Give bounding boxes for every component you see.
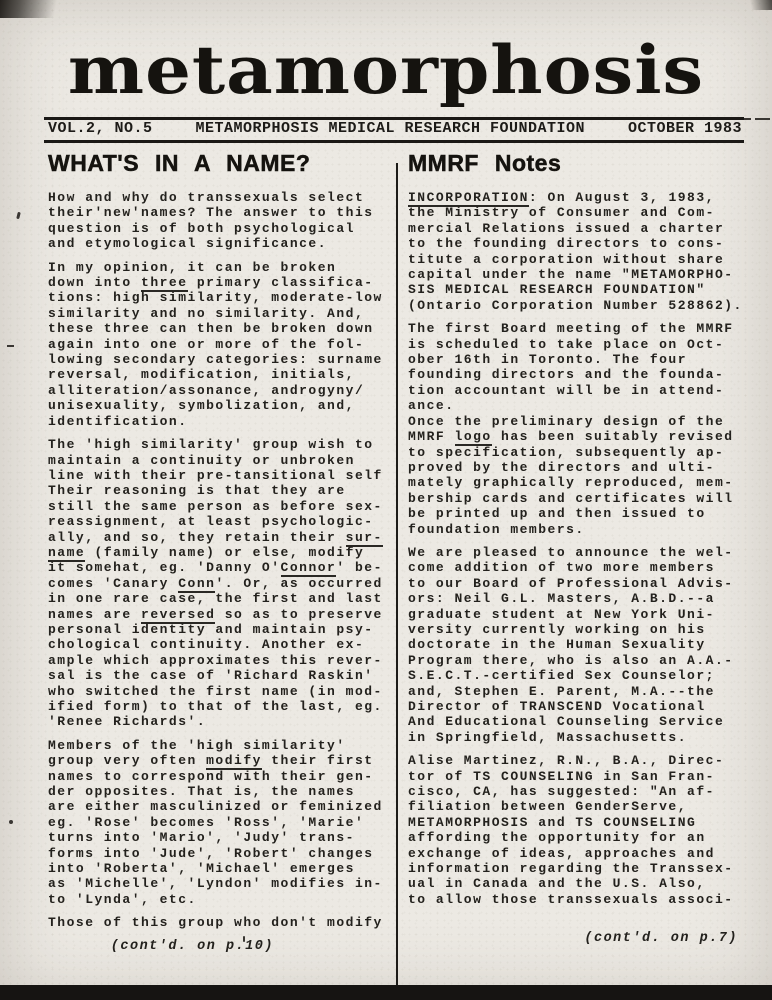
- issue-header: VOL.2, NO.5 METAMORPHOSIS MEDICAL RESEAR…: [48, 120, 742, 137]
- text-line: filiation between GenderServe,: [408, 799, 748, 814]
- text-line: to specification, subsequently ap-: [408, 445, 748, 460]
- text-line: How and why do transsexuals select: [48, 190, 392, 205]
- text-line: forms into 'Jude', 'Robert' changes: [48, 846, 392, 861]
- scan-smudge-top-right: [744, 0, 772, 10]
- text-line: come addition of two more members: [408, 560, 748, 575]
- text-line: reversal, modification, initials,: [48, 367, 392, 382]
- text-line: be printed up and then issued to: [408, 506, 748, 521]
- text-line: personal identity and maintain psy-: [48, 622, 392, 637]
- text-line: down into three primary classifica-: [48, 275, 392, 290]
- text-line: names to correspond with their gen-: [48, 769, 392, 784]
- text-line: SIS MEDICAL RESEARCH FOUNDATION": [408, 282, 748, 297]
- text-line: name (family name) or else, modify: [48, 545, 392, 560]
- text-line: these three can then be broken down: [48, 321, 392, 336]
- text-line: and, Stephen E. Parent, M.A.--the: [408, 684, 748, 699]
- text-line: Director of TRANSCEND Vocational: [408, 699, 748, 714]
- paragraph: In my opinion, it can be brokendown into…: [48, 260, 392, 429]
- paragraph: Those of this group who don't modify: [48, 915, 392, 930]
- text-line: ober 16th in Toronto. The four: [408, 352, 748, 367]
- text-line: S.E.C.T.-certified Sex Counselor;: [408, 668, 748, 683]
- text-line: founding directors and the founda-: [408, 367, 748, 382]
- issue-organization: METAMORPHOSIS MEDICAL RESEARCH FOUNDATIO…: [195, 120, 585, 137]
- text-line: group very often modify their first: [48, 753, 392, 768]
- text-line: ors: Neil G.L. Masters, A.B.D.--a: [408, 591, 748, 606]
- text-line: and etymological significance.: [48, 236, 392, 251]
- text-line: their'new'names? The answer to this: [48, 205, 392, 220]
- text-line: tion accountant will be in attend-: [408, 383, 748, 398]
- article-body-left: How and why do transsexuals selecttheir'…: [48, 190, 392, 931]
- text-line: We are pleased to announce the wel-: [408, 545, 748, 560]
- article-heading-left: WHAT'S IN A NAME?: [48, 150, 392, 177]
- text-line: mately graphically reproduced, mem-: [408, 475, 748, 490]
- text-line: Alise Martinez, R.N., B.A., Direc-: [408, 753, 748, 768]
- text-line: line with their pre-tansitional self: [48, 468, 392, 483]
- text-line: the Ministry of Consumer and Com-: [408, 205, 748, 220]
- paragraph: The first Board meeting of the MMRFis sc…: [408, 321, 748, 537]
- scan-smudge-top-left: [0, 0, 92, 18]
- text-line: to the founding directors to cons-: [408, 236, 748, 251]
- paragraph: The 'high similarity' group wish tomaint…: [48, 437, 392, 730]
- text-line: tions: high similarity, moderate-low: [48, 290, 392, 305]
- text-line: as 'Michelle', 'Lyndon' modifies in-: [48, 876, 392, 891]
- text-line: Those of this group who don't modify: [48, 915, 392, 930]
- column-divider: [396, 163, 398, 985]
- text-line: in one rare case, the first and last: [48, 591, 392, 606]
- article-body-right: INCORPORATION: On August 3, 1983,the Min…: [408, 190, 748, 907]
- text-line: In my opinion, it can be broken: [48, 260, 392, 275]
- text-line: METAMORPHOSIS and TS COUNSELING: [408, 815, 748, 830]
- text-line: versity currently working on his: [408, 622, 748, 637]
- text-line: reassignment, at least psychologic-: [48, 514, 392, 529]
- issue-date: OCTOBER 1983: [628, 120, 742, 137]
- text-line: lowing secondary categories: surname: [48, 352, 392, 367]
- continuation-note-left: (cont'd. on p.10): [48, 939, 392, 954]
- newsletter-page: metamorphosis VOL.2, NO.5 METAMORPHOSIS …: [0, 0, 772, 1000]
- article-whats-in-a-name: WHAT'S IN A NAME? How and why do transse…: [48, 150, 392, 954]
- text-line: turns into 'Mario', 'Judy' trans-: [48, 830, 392, 845]
- text-line: information regarding the Transsex-: [408, 861, 748, 876]
- text-line: again into one or more of the fol-: [48, 337, 392, 352]
- text-line: ance.: [408, 398, 748, 413]
- text-line: ual in Canada and the U.S. Also,: [408, 876, 748, 891]
- text-line: And Educational Counseling Service: [408, 714, 748, 729]
- text-line: der opposites. That is, the names: [48, 784, 392, 799]
- text-line: who switched the first name (in mod-: [48, 684, 392, 699]
- text-line: foundation members.: [408, 522, 748, 537]
- text-line: identification.: [48, 414, 392, 429]
- text-line: comes 'Canary Conn'. Or, as occurred: [48, 576, 392, 591]
- text-line: mercial Relations issued a charter: [408, 221, 748, 236]
- scan-speck: [16, 212, 21, 220]
- text-line: into 'Roberta', 'Michael' emerges: [48, 861, 392, 876]
- text-line: are either masculinized or feminized: [48, 799, 392, 814]
- text-line: sal is the case of 'Richard Raskin': [48, 668, 392, 683]
- masthead-title: metamorphosis: [0, 37, 772, 103]
- text-line: Their reasoning is that they are: [48, 483, 392, 498]
- text-line: Members of the 'high similarity': [48, 738, 392, 753]
- text-line: proved by the directors and ulti-: [408, 460, 748, 475]
- text-line: 'Renee Richards'.: [48, 714, 392, 729]
- text-line: names are reversed so as to preserve: [48, 607, 392, 622]
- text-line: in Springfield, Massachusetts.: [408, 730, 748, 745]
- text-line: ample which approximates this rever-: [48, 653, 392, 668]
- text-line: INCORPORATION: On August 3, 1983,: [408, 190, 748, 205]
- text-line: eg. 'Rose' becomes 'Ross', 'Marie': [48, 815, 392, 830]
- scan-dash-artifact: [744, 118, 770, 120]
- text-line: unisexuality, symbolization, and,: [48, 398, 392, 413]
- header-rule-bottom: [44, 140, 744, 143]
- text-line: The first Board meeting of the MMRF: [408, 321, 748, 336]
- text-line: Once the preliminary design of the: [408, 414, 748, 429]
- text-line: bership cards and certificates will: [408, 491, 748, 506]
- text-line: graduate student at New York Uni-: [408, 607, 748, 622]
- paragraph: INCORPORATION: On August 3, 1983,the Min…: [408, 190, 748, 313]
- text-line: similarity and no similarity. And,: [48, 306, 392, 321]
- scan-edge-bar: [0, 985, 772, 1000]
- scan-speck: [9, 820, 13, 824]
- paragraph: We are pleased to announce the wel-come …: [408, 545, 748, 745]
- scan-speck: [7, 345, 14, 347]
- text-line: it somehat, eg. 'Danny O'Connor' be-: [48, 560, 392, 575]
- text-line: (Ontario Corporation Number 528862).: [408, 298, 748, 313]
- text-line: ified form) to that of the last, eg.: [48, 699, 392, 714]
- paragraph: Members of the 'high similarity'group ve…: [48, 738, 392, 907]
- text-line: still the same person as before sex-: [48, 499, 392, 514]
- text-line: MMRF logo has been suitably revised: [408, 429, 748, 444]
- text-line: maintain a continuity or unbroken: [48, 453, 392, 468]
- paragraph: Alise Martinez, R.N., B.A., Direc-tor of…: [408, 753, 748, 907]
- text-line: chological continuity. Another ex-: [48, 637, 392, 652]
- text-line: ally, and so, they retain their sur-: [48, 530, 392, 545]
- text-line: doctorate in the Human Sexuality: [408, 637, 748, 652]
- text-line: to allow those transsexuals associ-: [408, 892, 748, 907]
- article-mmrf-notes: MMRF Notes INCORPORATION: On August 3, 1…: [408, 150, 748, 946]
- text-line: capital under the name "METAMORPHO-: [408, 267, 748, 282]
- text-line: is scheduled to take place on Oct-: [408, 337, 748, 352]
- text-line: to our Board of Professional Advis-: [408, 576, 748, 591]
- issue-volume: VOL.2, NO.5: [48, 120, 153, 137]
- text-line: to 'Lynda', etc.: [48, 892, 392, 907]
- text-line: cisco, CA, has suggested: "An af-: [408, 784, 748, 799]
- text-line: tor of TS COUNSELING in San Fran-: [408, 769, 748, 784]
- text-line: alliteration/assonance, androgyny/: [48, 383, 392, 398]
- text-line: titute a corporation without share: [408, 252, 748, 267]
- text-line: question is of both psychological: [48, 221, 392, 236]
- text-line: The 'high similarity' group wish to: [48, 437, 392, 452]
- paragraph: How and why do transsexuals selecttheir'…: [48, 190, 392, 252]
- continuation-note-right: (cont'd. on p.7): [408, 931, 748, 946]
- scan-speck: [243, 936, 245, 942]
- text-line: affording the opportunity for an: [408, 830, 748, 845]
- text-line: exchange of ideas, approaches and: [408, 846, 748, 861]
- article-heading-right: MMRF Notes: [408, 150, 748, 177]
- text-line: Program there, who is also an A.A.-: [408, 653, 748, 668]
